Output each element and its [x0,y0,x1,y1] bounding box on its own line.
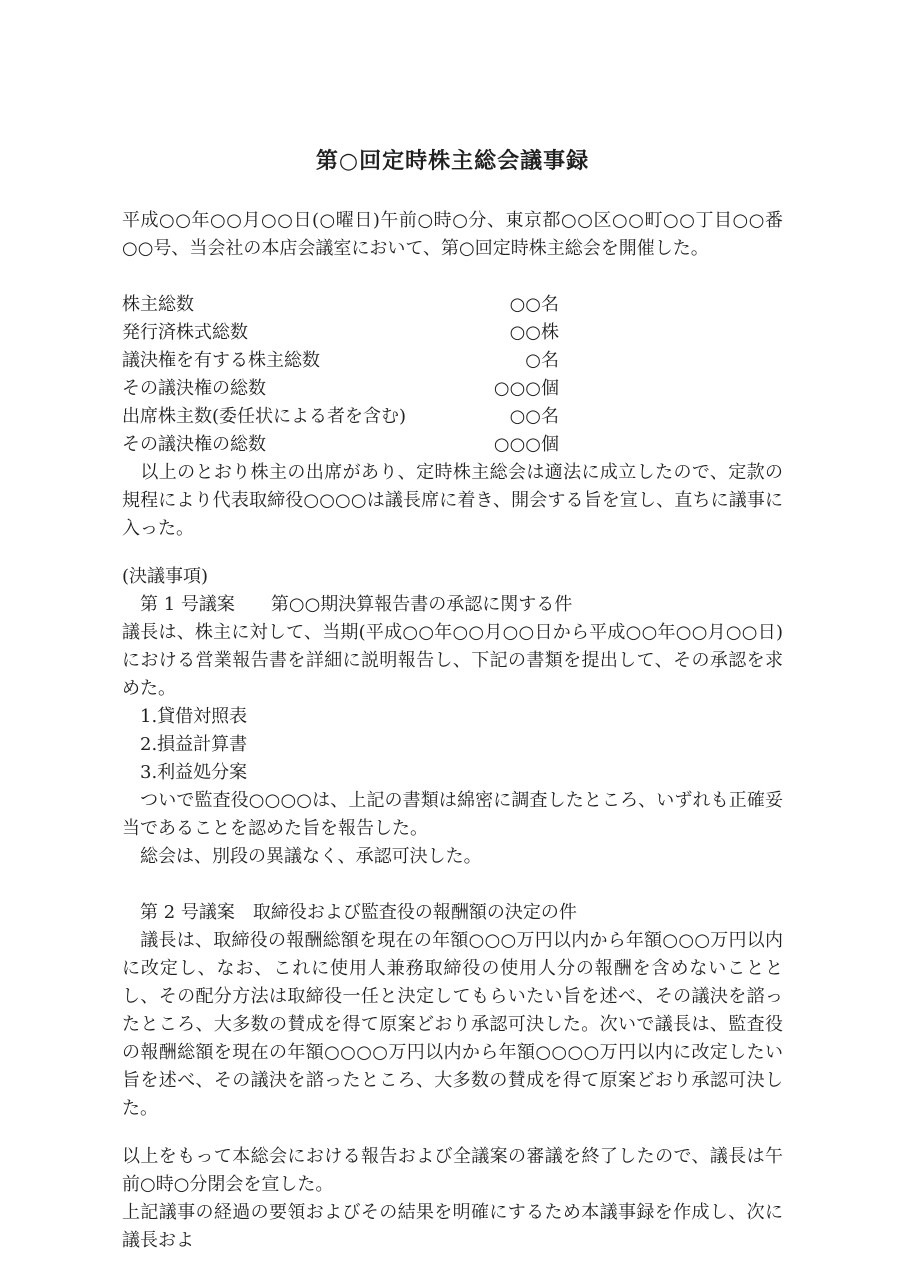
attendance-table: 株主総数 ○○名 発行済株式総数 ○○株 議決権を有する株主総数 ○名 その議決… [122,291,559,459]
table-row: 発行済株式総数 ○○株 [122,319,559,347]
agenda1-heading: 第 1 号議案 第○○期決算報告書の承認に関する件 [122,591,783,619]
attendance-label: 議決権を有する株主総数 [122,347,320,375]
attendance-value: ○○株 [510,319,559,347]
attendance-value: ○○○個 [494,375,559,403]
agenda1-body: 議長は、株主に対して、当期(平成○○年○○月○○日から平成○○年○○月○○日)に… [122,619,783,703]
closing-paragraph-1: 以上をもって本総会における報告および全議案の審議を終了したので、議長は午前○時○… [122,1143,783,1199]
table-row: 議決権を有する株主総数 ○名 [122,347,559,375]
closing-paragraph-2: 上記議事の経過の要領およびその結果を明確にするため本議事録を作成し、次に議長およ [122,1199,783,1255]
document-page: 第○回定時株主総会議事録 平成○○年○○月○○日(○曜日)午前○時○分、東京都○… [122,146,783,1255]
agenda1-doc-item-balance-sheet: 1.貸借対照表 [122,703,783,731]
table-row: その議決権の総数 ○○○個 [122,431,559,459]
opening-paragraph: 以上のとおり株主の出席があり、定時株主総会は適法に成立したので、定款の規程により… [122,459,783,543]
document-title: 第○回定時株主総会議事録 [122,146,783,176]
audit-report-paragraph: ついで監査役○○○○は、上記の書類は綿密に調査したところ、いずれも正確妥当である… [122,787,783,843]
attendance-value: ○○名 [510,403,559,431]
agenda1-resolution: 総会は、別段の異議なく、承認可決した。 [122,843,783,871]
agenda1-doc-item-income-statement: 2.損益計算書 [122,731,783,759]
agenda2-heading: 第 2 号議案 取締役および監査役の報酬額の決定の件 [122,899,783,927]
table-row: 出席株主数(委任状による者を含む) ○○名 [122,403,559,431]
attendance-label: 株主総数 [122,291,194,319]
attendance-label: 出席株主数(委任状による者を含む) [122,403,406,431]
agenda2-body: 議長は、取締役の報酬総額を現在の年額○○○万円以内から年額○○○万円以内に改定し… [122,927,783,1123]
attendance-label: その議決権の総数 [122,375,266,403]
intro-paragraph: 平成○○年○○月○○日(○曜日)午前○時○分、東京都○○区○○町○○丁目○○番○… [122,207,783,263]
attendance-value: ○名 [525,347,559,375]
attendance-value: ○○名 [510,291,559,319]
attendance-label: その議決権の総数 [122,431,266,459]
attendance-label: 発行済株式総数 [122,319,248,347]
table-row: その議決権の総数 ○○○個 [122,375,559,403]
agenda1-doc-item-profit-appropriation: 3.利益処分案 [122,759,783,787]
resolutions-heading: (決議事項) [122,563,783,591]
table-row: 株主総数 ○○名 [122,291,559,319]
attendance-value: ○○○個 [494,431,559,459]
